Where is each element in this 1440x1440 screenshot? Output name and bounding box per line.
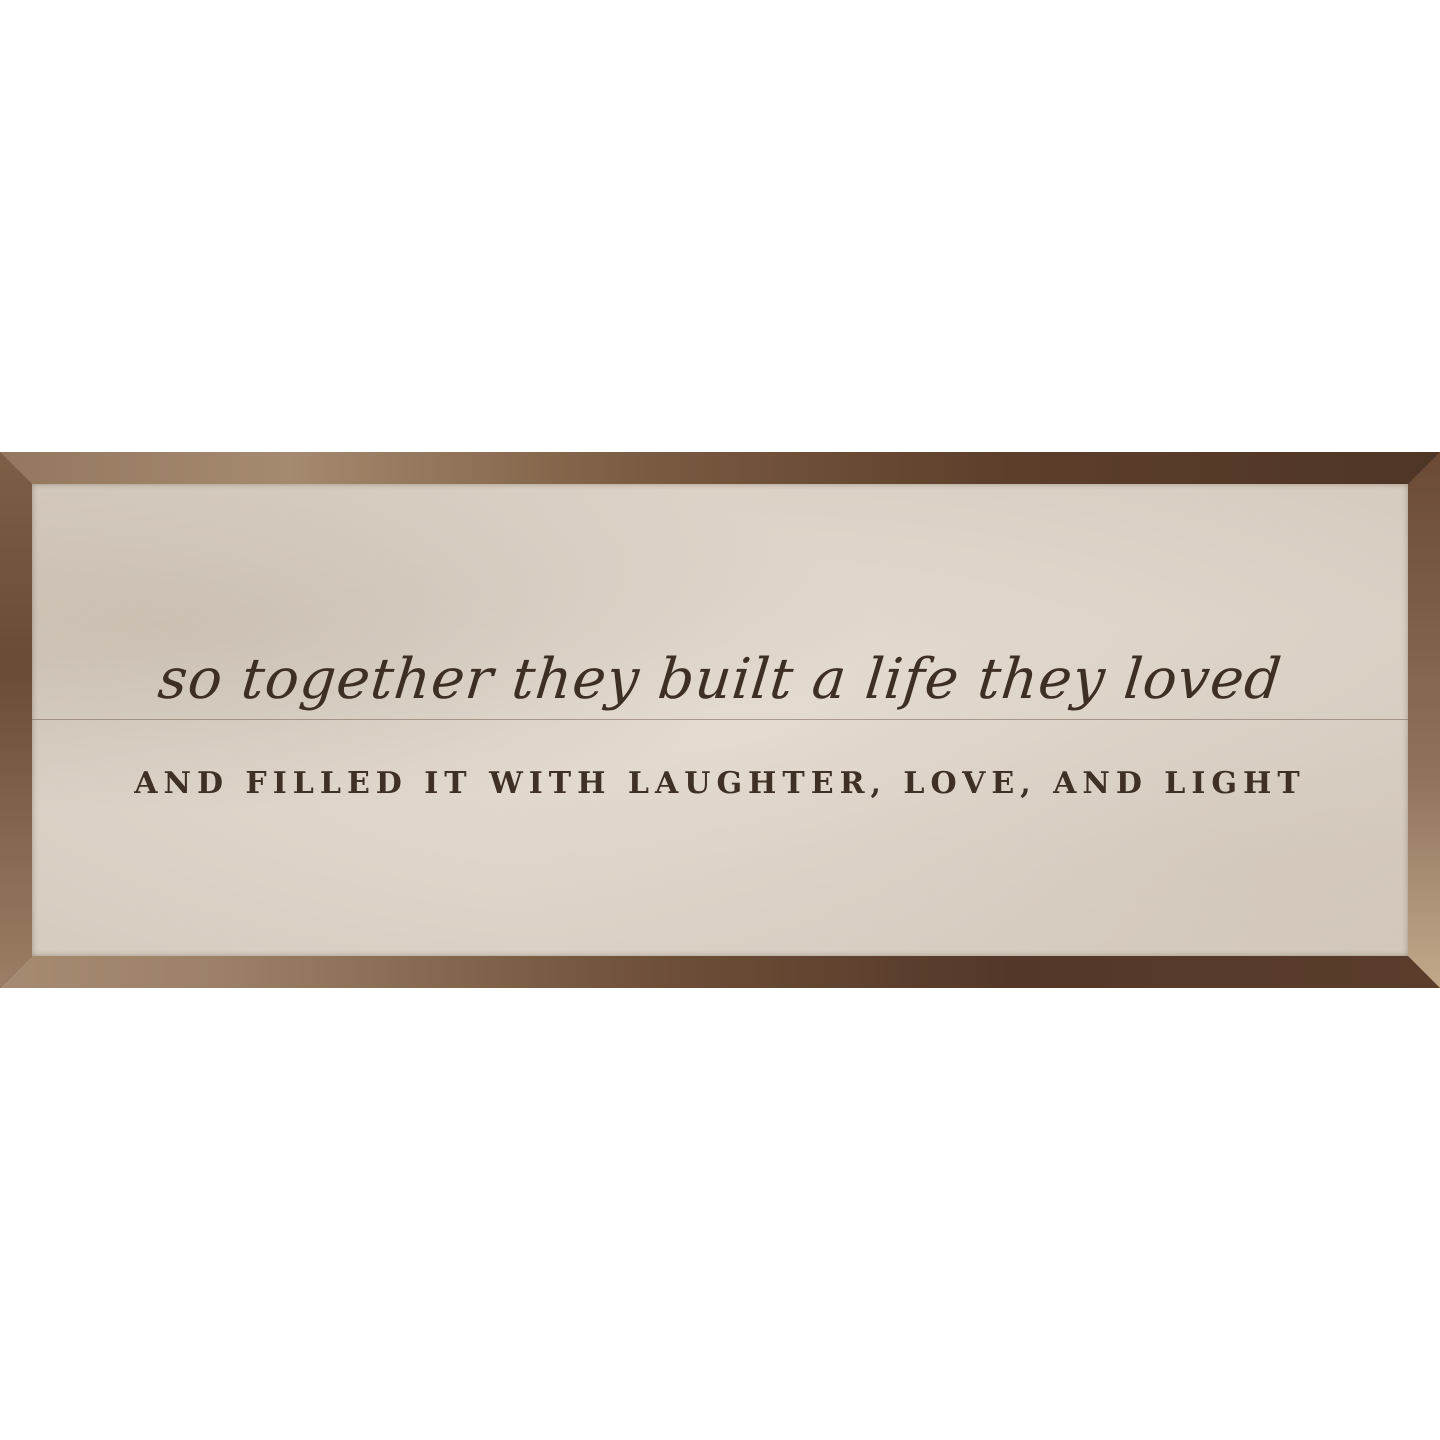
wood-frame: so together they built a life they loved… xyxy=(0,452,1440,988)
frame-left-rail xyxy=(0,452,32,988)
script-quote: so together they built a life they loved xyxy=(32,652,1408,708)
frame-right-rail xyxy=(1408,452,1440,988)
frame-bottom-rail xyxy=(0,956,1440,988)
frame-top-rail xyxy=(0,452,1440,484)
board-seam xyxy=(32,719,1408,720)
caps-quote: AND FILLED IT WITH LAUGHTER, LOVE, AND L… xyxy=(32,769,1408,799)
sign-canvas: so together they built a life they loved… xyxy=(32,484,1408,956)
